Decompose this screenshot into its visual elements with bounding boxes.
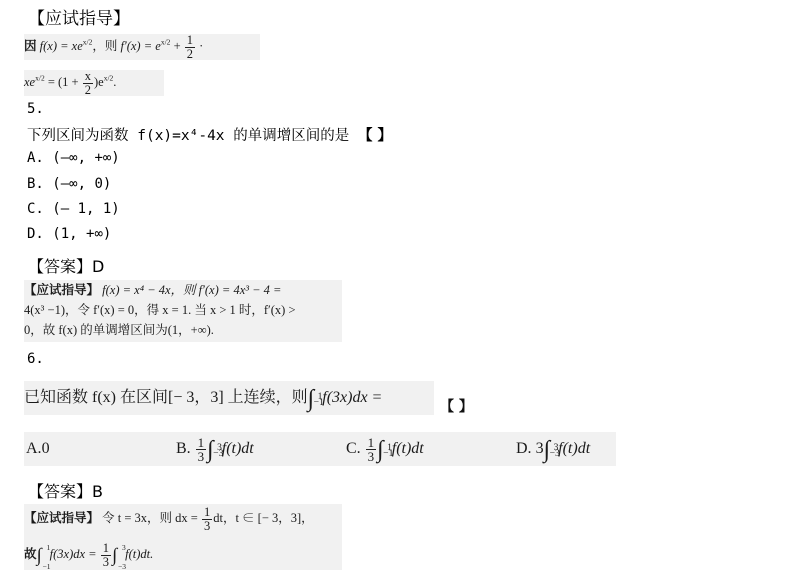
guide-text: f(3x)dx = xyxy=(50,547,100,561)
math-fpx: f′(x) = e xyxy=(121,39,161,53)
fraction: x2 xyxy=(83,70,93,96)
guide-line: 4(x³ −1)，令 f′(x) = 0，得 x = 1. 当 x > 1 时，… xyxy=(24,300,342,320)
text: 因 xyxy=(24,39,37,53)
integrand: f(3x)dx = xyxy=(322,389,382,406)
question-number: 5. xyxy=(27,101,44,117)
answer-value: D xyxy=(92,257,104,276)
option-text: (— 1, 1) xyxy=(52,201,119,217)
math-fx: f(x) = xe xyxy=(40,39,83,53)
text: · xyxy=(196,39,203,53)
option-text: (1, +∞) xyxy=(52,226,111,242)
fraction: 13 xyxy=(202,506,212,532)
text: ，则 xyxy=(92,39,117,53)
option-label: B. xyxy=(176,440,191,457)
denominator: 2 xyxy=(185,48,195,61)
numerator: x xyxy=(83,70,93,84)
lower-limit: −1 xyxy=(43,562,51,571)
answer-line: 【答案】B xyxy=(28,479,103,502)
option-c: C. 13∫1−1f(t)dt xyxy=(346,432,424,467)
lower-limit: −1 xyxy=(383,437,393,471)
guide-text: f(t)dt. xyxy=(125,547,153,561)
text: = (1 + xyxy=(45,75,82,89)
text: + xyxy=(170,39,183,53)
option-text: (—∞, +∞) xyxy=(52,150,119,166)
lower-limit: −3 xyxy=(118,562,126,571)
denominator: 2 xyxy=(83,84,93,97)
option-label: A. xyxy=(27,150,44,166)
denominator: 3 xyxy=(366,450,377,463)
coefficient: 3 xyxy=(536,440,544,457)
option-b: B. (—∞, 0) xyxy=(27,176,111,192)
fraction: 12 xyxy=(185,34,195,60)
upper-limit: 3 xyxy=(122,543,126,552)
answer-bracket: 【 】 xyxy=(440,396,473,416)
integrand: f(t)dt xyxy=(222,440,254,457)
answer-label: 【答案】 xyxy=(28,482,92,501)
option-label: D. xyxy=(516,440,532,457)
lower-limit: −3 xyxy=(550,437,560,471)
question-stem: 已知函数 f(x) 在区间[− 3，3] 上连续，则∫1−1f(3x)dx = xyxy=(24,381,434,415)
option-text: (—∞, 0) xyxy=(52,176,111,192)
integral-symbol: ∫1−1 xyxy=(308,382,315,416)
lower-limit: −3 xyxy=(213,437,223,471)
numerator: 1 xyxy=(366,436,377,450)
answer-bracket: 【 】 xyxy=(358,128,392,144)
option-a: A. (—∞, +∞) xyxy=(27,150,120,166)
guide-result-line: xex/2 = (1 + x2)ex/2. xyxy=(24,70,164,96)
denominator: 3 xyxy=(196,450,207,463)
text: . xyxy=(113,75,116,89)
stem-text: 下列区间为函数 f(x)=x⁴-4x 的单调增区间的是 xyxy=(27,128,349,144)
guide-block: 【应试指导】 令 t = 3x，则 dx = 13dt，t ∈ [− 3，3]，… xyxy=(24,504,342,570)
guide-derivative-line: 因 f(x) = xex/2，则 f′(x) = ex/2 + 12 · xyxy=(24,34,260,60)
fraction: 13 xyxy=(196,436,207,463)
option-text: 0 xyxy=(42,440,50,457)
option-d: D. 3∫3−3f(t)dt xyxy=(516,432,590,467)
guide-text: 故 xyxy=(24,547,37,561)
option-label: D. xyxy=(27,226,44,242)
option-label: B. xyxy=(27,176,44,192)
answer-line: 【答案】D xyxy=(28,254,104,277)
text: )e xyxy=(94,75,104,89)
numerator: 1 xyxy=(185,34,195,48)
option-a: A.0 xyxy=(26,432,50,466)
integrand: f(t)dt xyxy=(392,440,424,457)
integral-symbol: ∫1−1 xyxy=(37,545,42,567)
guide-heading: 【应试指导】 xyxy=(28,4,130,29)
guide-line: 【应试指导】 f(x) = x⁴ − 4x，则 f′(x) = 4x³ − 4 … xyxy=(24,280,342,300)
integral-symbol: ∫1−1 xyxy=(377,433,384,467)
numerator: 1 xyxy=(196,436,207,450)
integral-symbol: ∫3−3 xyxy=(544,433,551,467)
option-d: D. (1, +∞) xyxy=(27,226,111,242)
option-label: C. xyxy=(346,440,361,457)
question-number: 6. xyxy=(27,351,44,367)
option-label: A. xyxy=(26,440,42,457)
option-label: C. xyxy=(27,201,44,217)
guide-line: 故∫1−1f(3x)dx = 13∫3−3f(t)dt. xyxy=(24,542,153,568)
options-row: A.0 B. 13∫3−3f(t)dt C. 13∫1−1f(t)dt D. 3… xyxy=(24,432,616,466)
question-stem: 下列区间为函数 f(x)=x⁴-4x 的单调增区间的是 【 】 xyxy=(27,124,392,145)
integral-symbol: ∫3−3 xyxy=(207,433,214,467)
answer-label: 【答案】 xyxy=(28,257,92,276)
stem-text: 已知函数 f(x) 在区间[− 3，3] 上连续，则 xyxy=(24,389,308,406)
guide-heading: 【应试指导】 xyxy=(24,511,99,525)
upper-limit: 1 xyxy=(47,543,51,552)
guide-text: 令 t = 3x，则 dx = xyxy=(102,511,201,525)
integrand: f(t)dt xyxy=(558,440,590,457)
guide-text: dt，t ∈ [− 3，3]， xyxy=(213,511,313,525)
option-b: B. 13∫3−3f(t)dt xyxy=(176,432,254,467)
guide-line: 【应试指导】 令 t = 3x，则 dx = 13dt，t ∈ [− 3，3]， xyxy=(24,506,314,532)
math: xe xyxy=(24,75,35,89)
fraction: 13 xyxy=(366,436,377,463)
lower-limit: −1 xyxy=(314,386,324,420)
integral-symbol: ∫3−3 xyxy=(112,545,117,567)
guide-block: 【应试指导】 f(x) = x⁴ − 4x，则 f′(x) = 4x³ − 4 … xyxy=(24,280,342,342)
guide-text: f(x) = x⁴ − 4x，则 f′(x) = 4x³ − 4 = xyxy=(102,283,281,297)
fraction: 13 xyxy=(101,542,111,568)
answer-value: B xyxy=(92,482,103,501)
guide-line: 0，故 f(x) 的单调增区间为(1，+∞). xyxy=(24,320,342,340)
option-c: C. (— 1, 1) xyxy=(27,201,120,217)
guide-heading: 【应试指导】 xyxy=(24,283,99,297)
